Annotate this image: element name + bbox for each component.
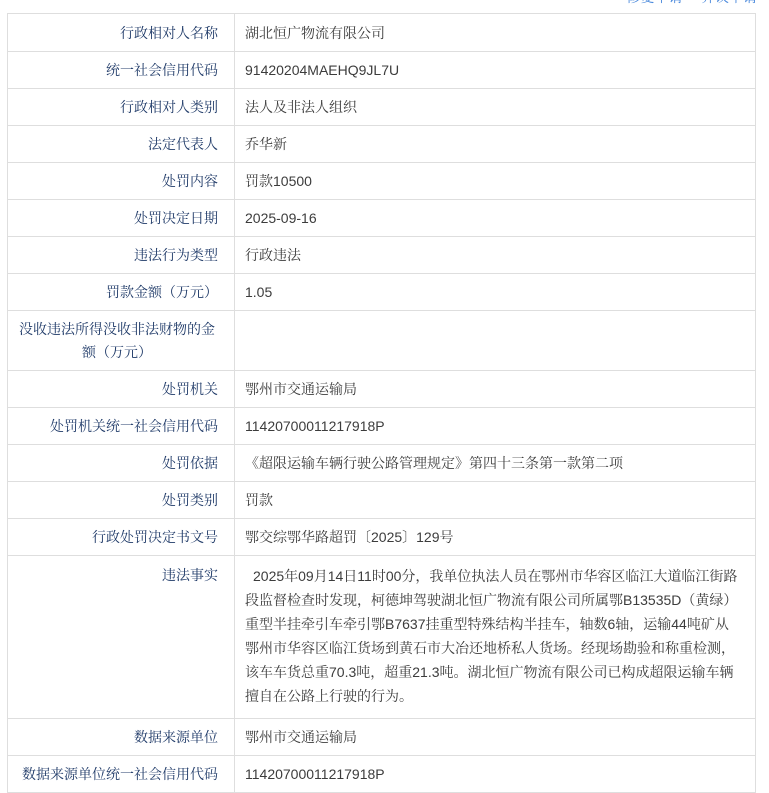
row-value: 湖北恒广物流有限公司: [235, 14, 755, 51]
table-row: 处罚机关统一社会信用代码11420700011217918P: [8, 407, 755, 444]
row-value: 鄂交综鄂华路超罚〔2025〕129号: [235, 519, 755, 555]
table-row: 统一社会信用代码91420204MAEHQ9JL7U: [8, 51, 755, 88]
row-value: 罚款: [235, 482, 755, 518]
row-value: 2025年09月14日11时00分，我单位执法人员在鄂州市华容区临江大道临江街路…: [235, 556, 755, 718]
credit-repair-apply-link[interactable]: 修复申请: [627, 0, 683, 5]
row-value: 《超限运输车辆行驶公路管理规定》第四十三条第一款第二项: [235, 445, 755, 481]
row-value: 行政违法: [235, 237, 755, 273]
row-label: 行政相对人名称: [8, 14, 235, 51]
row-value: 鄂州市交通运输局: [235, 719, 755, 755]
table-row: 数据来源单位统一社会信用代码11420700011217918P: [8, 755, 755, 761]
row-label: 行政处罚决定书文号: [8, 519, 235, 555]
table-row: 处罚类别罚款: [8, 481, 755, 518]
table-row: 违法事实2025年09月14日11时00分，我单位执法人员在鄂州市华容区临江大道…: [8, 555, 755, 718]
row-label: 数据来源单位统一社会信用代码: [8, 756, 235, 761]
objection-apply-link[interactable]: 异议申请: [701, 0, 757, 5]
table-row: 罚款金额（万元）1.05: [8, 273, 755, 310]
row-label: 统一社会信用代码: [8, 52, 235, 88]
table-row: 处罚内容罚款10500: [8, 162, 755, 199]
penalty-detail-table: 行政相对人名称湖北恒广物流有限公司统一社会信用代码91420204MAEHQ9J…: [7, 13, 756, 761]
row-value: 11420700011217918P: [235, 408, 755, 444]
row-value: 乔华新: [235, 126, 755, 162]
row-label: 处罚依据: [8, 445, 235, 481]
row-value: 罚款10500: [235, 163, 755, 199]
row-label: 数据来源单位: [8, 719, 235, 755]
table-row: 处罚依据《超限运输车辆行驶公路管理规定》第四十三条第一款第二项: [8, 444, 755, 481]
row-label: 处罚内容: [8, 163, 235, 199]
table-row: 违法行为类型行政违法: [8, 236, 755, 273]
row-value: 1.05: [235, 274, 755, 310]
table-row: 行政相对人名称湖北恒广物流有限公司: [8, 14, 755, 51]
row-label: 违法事实: [8, 556, 235, 718]
row-value: 11420700011217918P: [235, 756, 755, 761]
table-row: 数据来源单位鄂州市交通运输局: [8, 718, 755, 755]
top-links: 修复申请 异议申请: [613, 0, 757, 7]
table-row: 处罚决定日期2025-09-16: [8, 199, 755, 236]
row-label: 处罚决定日期: [8, 200, 235, 236]
row-value: 2025-09-16: [235, 200, 755, 236]
table-row: 行政处罚决定书文号鄂交综鄂华路超罚〔2025〕129号: [8, 518, 755, 555]
table-row: 没收违法所得没收非法财物的金额（万元）: [8, 310, 755, 370]
row-value: 91420204MAEHQ9JL7U: [235, 52, 755, 88]
row-label: 处罚机关: [8, 371, 235, 407]
table-row: 处罚机关鄂州市交通运输局: [8, 370, 755, 407]
row-label: 违法行为类型: [8, 237, 235, 273]
table-row: 行政相对人类别法人及非法人组织: [8, 88, 755, 125]
row-label: 罚款金额（万元）: [8, 274, 235, 310]
row-value: [235, 311, 755, 370]
row-label: 处罚机关统一社会信用代码: [8, 408, 235, 444]
row-label: 行政相对人类别: [8, 89, 235, 125]
row-value: 鄂州市交通运输局: [235, 371, 755, 407]
row-label: 没收违法所得没收非法财物的金额（万元）: [8, 311, 235, 370]
table-row: 法定代表人乔华新: [8, 125, 755, 162]
row-value: 法人及非法人组织: [235, 89, 755, 125]
row-label: 处罚类别: [8, 482, 235, 518]
row-label: 法定代表人: [8, 126, 235, 162]
